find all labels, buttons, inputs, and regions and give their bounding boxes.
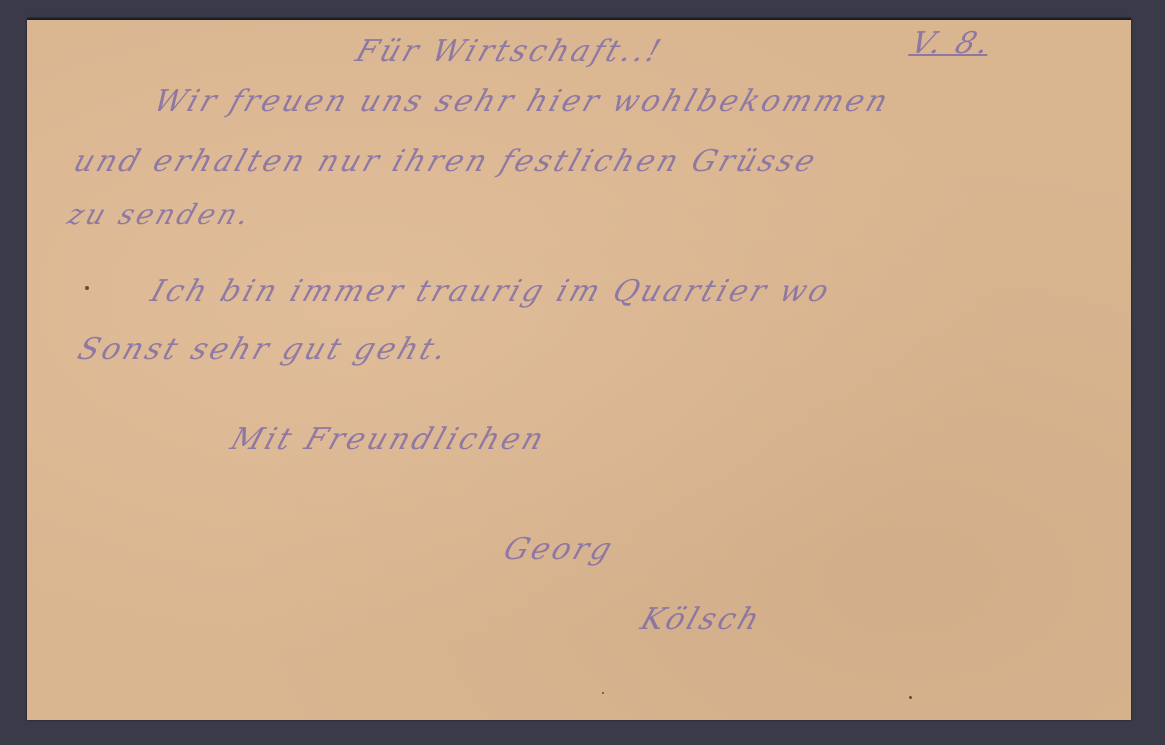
body-line-5: Sonst sehr gut geht. xyxy=(73,332,454,367)
signature-last-name: Kölsch xyxy=(636,602,766,637)
body-line-1: Wir freuen uns sehr hier wohlbekommen xyxy=(149,84,895,119)
body-line-4: Ich bin immer traurig im Quartier wo xyxy=(146,274,836,309)
closing-line: Mit Freundlichen xyxy=(226,422,550,457)
body-line-3: zu senden. xyxy=(64,198,257,231)
salutation-text: Für Wirtschaft..! xyxy=(351,34,667,69)
body-line-2: und erhalten nur ihren festlichen Grüsse xyxy=(69,144,822,179)
signature-first-name: Georg xyxy=(499,532,619,567)
ink-speck xyxy=(909,696,912,699)
ink-speck xyxy=(602,692,604,694)
postcard: Für Wirtschaft..! V. 8. Wir freuen uns s… xyxy=(27,18,1131,720)
page-mark: V. 8. xyxy=(906,26,996,61)
ink-speck xyxy=(85,286,89,290)
